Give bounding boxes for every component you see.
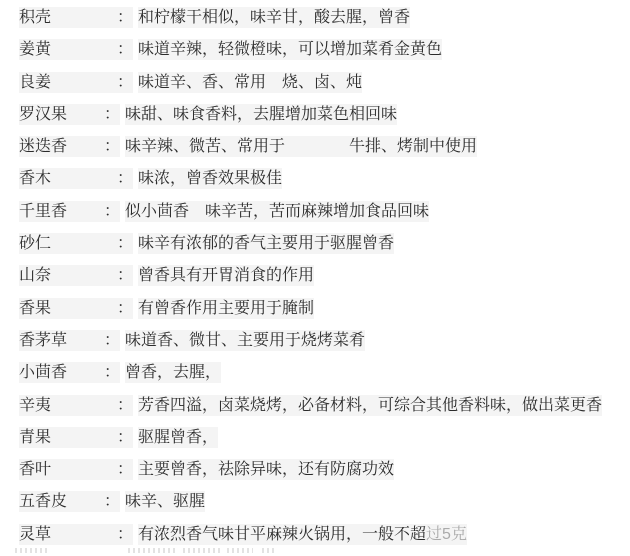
spice-name: 千里香	[19, 201, 104, 222]
spice-row: 香叶 ： 主要曾香，祛除异味，还有防腐功效	[19, 459, 630, 491]
spice-description: 味辛有浓郁的香气主要用于驱腥曾香	[138, 233, 394, 254]
spice-row: 罗汉果 ： 味甜、味食香料，去腥增加菜色相回味	[19, 104, 630, 136]
text-smudge	[183, 548, 220, 553]
colon-separator: ：	[117, 298, 133, 319]
spice-list-document: 积壳 ： 和柠檬干相似，味辛甘，酸去腥，曾香 姜黄 ： 味道辛辣，轻微橙味，可以…	[0, 0, 630, 556]
colon-separator: ：	[117, 459, 133, 480]
spice-name: 五香皮	[19, 491, 104, 512]
spice-row: 积壳 ： 和柠檬干相似，味辛甘，酸去腥，曾香	[19, 7, 630, 39]
spice-name: 辛夷	[19, 395, 117, 416]
colon-separator: ：	[104, 136, 120, 157]
spice-description: 驱腥曾香，	[138, 427, 218, 448]
spice-row: 辛夷 ： 芳香四溢，卤菜烧烤，必备材料，可综合其他香料味，做出菜更香	[19, 395, 630, 427]
spice-row: 姜黄 ： 味道辛辣，轻微橙味，可以增加菜肴金黄色	[19, 39, 630, 71]
colon-separator: ：	[117, 168, 133, 189]
spice-description: 味甜、味食香料，去腥增加菜色相回味	[125, 104, 397, 125]
spice-description: 味浓，曾香效果极佳	[138, 168, 282, 189]
colon-separator: ：	[117, 72, 133, 93]
spice-description: 曾香，去腥，	[125, 362, 221, 383]
spice-list: 积壳 ： 和柠檬干相似，味辛甘，酸去腥，曾香 姜黄 ： 味道辛辣，轻微橙味，可以…	[19, 7, 630, 556]
colon-separator: ：	[117, 233, 133, 254]
colon-separator: ：	[117, 265, 133, 286]
spice-description: 和柠檬干相似，味辛甘，酸去腥，曾香	[138, 7, 410, 28]
spice-name: 香果	[19, 298, 117, 319]
spice-name: 香木	[19, 168, 117, 189]
spice-row: 山奈 ： 曾香具有开胃消食的作用	[19, 265, 630, 297]
spice-name: 青果	[19, 427, 117, 448]
spice-row: 青果 ： 驱腥曾香，	[19, 427, 630, 459]
text-smudge	[227, 548, 253, 553]
text-smudge	[128, 548, 177, 553]
spice-row: 香木 ： 味浓，曾香效果极佳	[19, 168, 630, 200]
spice-description: 有曾香作用主要用于腌制	[138, 298, 314, 319]
spice-name: 灵草	[19, 524, 117, 545]
spice-description: 味道辛辣，轻微橙味，可以增加菜肴金黄色	[138, 39, 442, 60]
spice-name: 良姜	[19, 72, 117, 93]
spice-description: 味道香、微甘、主要用于烧烤菜肴	[125, 330, 365, 351]
spice-row: 良姜 ： 味道辛、香、常用 烧、卤、炖	[19, 72, 630, 104]
spice-name: 香茅草	[19, 330, 104, 351]
spice-description: 味辛、驱腥	[125, 491, 205, 512]
spice-description: 似小茴香 味辛苦，苦而麻辣增加食品回味	[125, 201, 429, 222]
colon-separator: ：	[117, 395, 133, 416]
spice-row: 砂仁 ： 味辛有浓郁的香气主要用于驱腥曾香	[19, 233, 630, 265]
spice-name: 罗汉果	[19, 104, 104, 125]
colon-separator: ：	[104, 330, 120, 351]
spice-description: 曾香具有开胃消食的作用	[138, 265, 314, 286]
spice-name: 山奈	[19, 265, 117, 286]
spice-name: 小茴香	[19, 362, 104, 383]
text-smudge	[262, 548, 274, 553]
spice-row: 香茅草 ： 味道香、微甘、主要用于烧烤菜肴	[19, 330, 630, 362]
faded-text: 过5克	[426, 526, 467, 543]
spice-row: 五香皮 ： 味辛、驱腥	[19, 491, 630, 523]
colon-separator: ：	[117, 7, 133, 28]
spice-name: 砂仁	[19, 233, 117, 254]
spice-description: 有浓烈香气味甘平麻辣火锅用，一般不超过5克	[138, 524, 467, 545]
spice-name: 迷迭香	[19, 136, 104, 157]
spice-name: 姜黄	[19, 39, 117, 60]
colon-separator: ：	[104, 201, 120, 222]
colon-separator: ：	[104, 491, 120, 512]
spice-description: 主要曾香，祛除异味，还有防腐功效	[138, 459, 394, 480]
spice-row: 迷迭香 ： 味辛辣、微苦、常用于 牛排、烤制中使用	[19, 136, 630, 168]
spice-row: 千里香 ： 似小茴香 味辛苦，苦而麻辣增加食品回味	[19, 201, 630, 233]
colon-separator: ：	[117, 427, 133, 448]
spice-row: 香果 ： 有曾香作用主要用于腌制	[19, 298, 630, 330]
colon-separator: ：	[117, 524, 133, 545]
spice-name: 香叶	[19, 459, 117, 480]
spice-name: 积壳	[19, 7, 117, 28]
colon-separator: ：	[104, 362, 120, 383]
spice-description: 芳香四溢，卤菜烧烤，必备材料，可综合其他香料味，做出菜更香	[138, 395, 602, 416]
spice-description: 味辛辣、微苦、常用于 牛排、烤制中使用	[125, 136, 477, 157]
spice-description: 味道辛、香、常用 烧、卤、炖	[138, 72, 362, 93]
colon-separator: ：	[104, 104, 120, 125]
spice-row: 小茴香 ： 曾香，去腥，	[19, 362, 630, 394]
text-smudge	[15, 548, 48, 553]
cutoff-row-remnant	[0, 548, 630, 554]
colon-separator: ：	[117, 39, 133, 60]
